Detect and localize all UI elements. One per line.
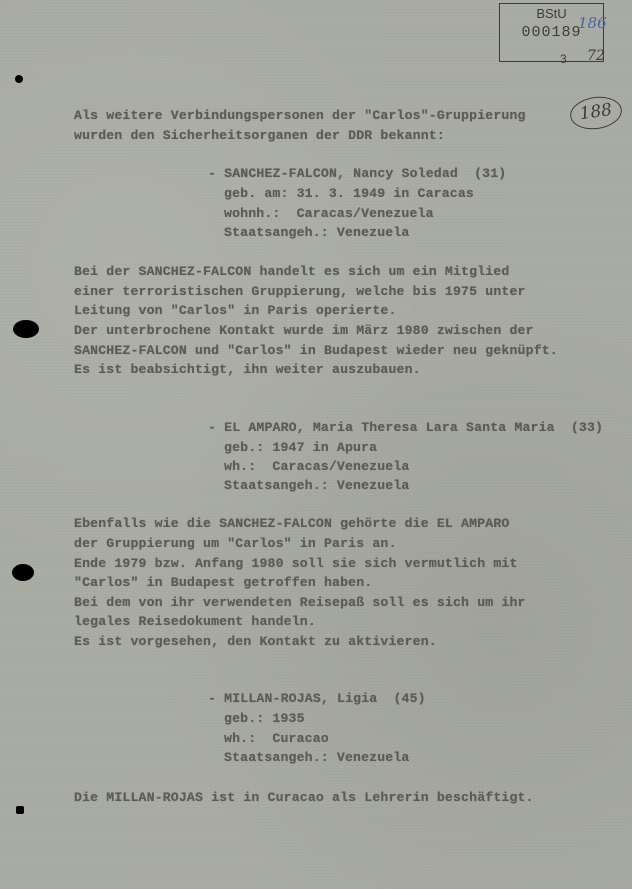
paragraph-line: Die MILLAN-ROJAS ist in Curacao als Lehr… [74, 788, 534, 807]
person-detail: wh.: Curacao [224, 729, 329, 748]
paragraph-line: einer terroristischen Gruppierung, welch… [74, 282, 526, 301]
handwritten-page-mark: 72 [587, 48, 605, 64]
person-heading: - MILLAN-ROJAS, Ligia (45) [208, 689, 426, 708]
paragraph-line: Leitung von "Carlos" in Paris operierte. [74, 301, 397, 320]
paragraph-line: SANCHEZ-FALCON und "Carlos" in Budapest … [74, 341, 558, 360]
paragraph-line: Bei der SANCHEZ-FALCON handelt es sich u… [74, 262, 509, 281]
paragraph-line: legales Reisedokument handeln. [74, 612, 316, 631]
punch-hole-icon [13, 320, 39, 338]
punch-hole-icon [15, 75, 23, 83]
punch-hole-icon [12, 564, 34, 581]
paragraph-line: der Gruppierung um "Carlos" in Paris an. [74, 534, 397, 553]
stamp-sub-mark: 3 [560, 52, 567, 66]
paragraph-line: Ende 1979 bzw. Anfang 1980 soll sie sich… [74, 554, 518, 573]
paragraph-line: Ebenfalls wie die SANCHEZ-FALCON gehörte… [74, 514, 509, 533]
person-detail: Staatsangeh.: Venezuela [224, 223, 409, 242]
handwritten-page-number: 186 [578, 14, 607, 32]
punch-hole-icon [16, 806, 24, 814]
paragraph-line: Bei dem von ihr verwendeten Reisepaß sol… [74, 593, 526, 612]
person-detail: geb.: 1947 in Apura [224, 438, 377, 457]
circled-number-text: 188 [570, 99, 622, 126]
person-heading: - EL AMPARO, Maria Theresa Lara Santa Ma… [208, 418, 603, 437]
paragraph-line: Es ist beabsichtigt, ihn weiter auszubau… [74, 360, 421, 379]
person-detail: Staatsangeh.: Venezuela [224, 748, 409, 767]
intro-line: wurden den Sicherheitsorganen der DDR be… [74, 126, 445, 145]
paragraph-line: "Carlos" in Budapest getroffen haben. [74, 573, 372, 592]
person-detail: geb.: 1935 [224, 709, 305, 728]
person-detail: Staatsangeh.: Venezuela [224, 476, 409, 495]
paragraph-line: Der unterbrochene Kontakt wurde im März … [74, 321, 534, 340]
person-detail: geb. am: 31. 3. 1949 in Caracas [224, 184, 474, 203]
intro-line: Als weitere Verbindungspersonen der "Car… [74, 106, 526, 125]
person-detail: wh.: Caracas/Venezuela [224, 457, 409, 476]
circled-page-number: 188 [568, 94, 624, 133]
paragraph-line: Es ist vorgesehen, den Kontakt zu aktivi… [74, 632, 437, 651]
person-detail: wohnh.: Caracas/Venezuela [224, 204, 434, 223]
document-page: BStU 000189 3 186 72 188 Als weitere Ver… [0, 0, 632, 889]
person-heading: - SANCHEZ-FALCON, Nancy Soledad (31) [208, 164, 506, 183]
